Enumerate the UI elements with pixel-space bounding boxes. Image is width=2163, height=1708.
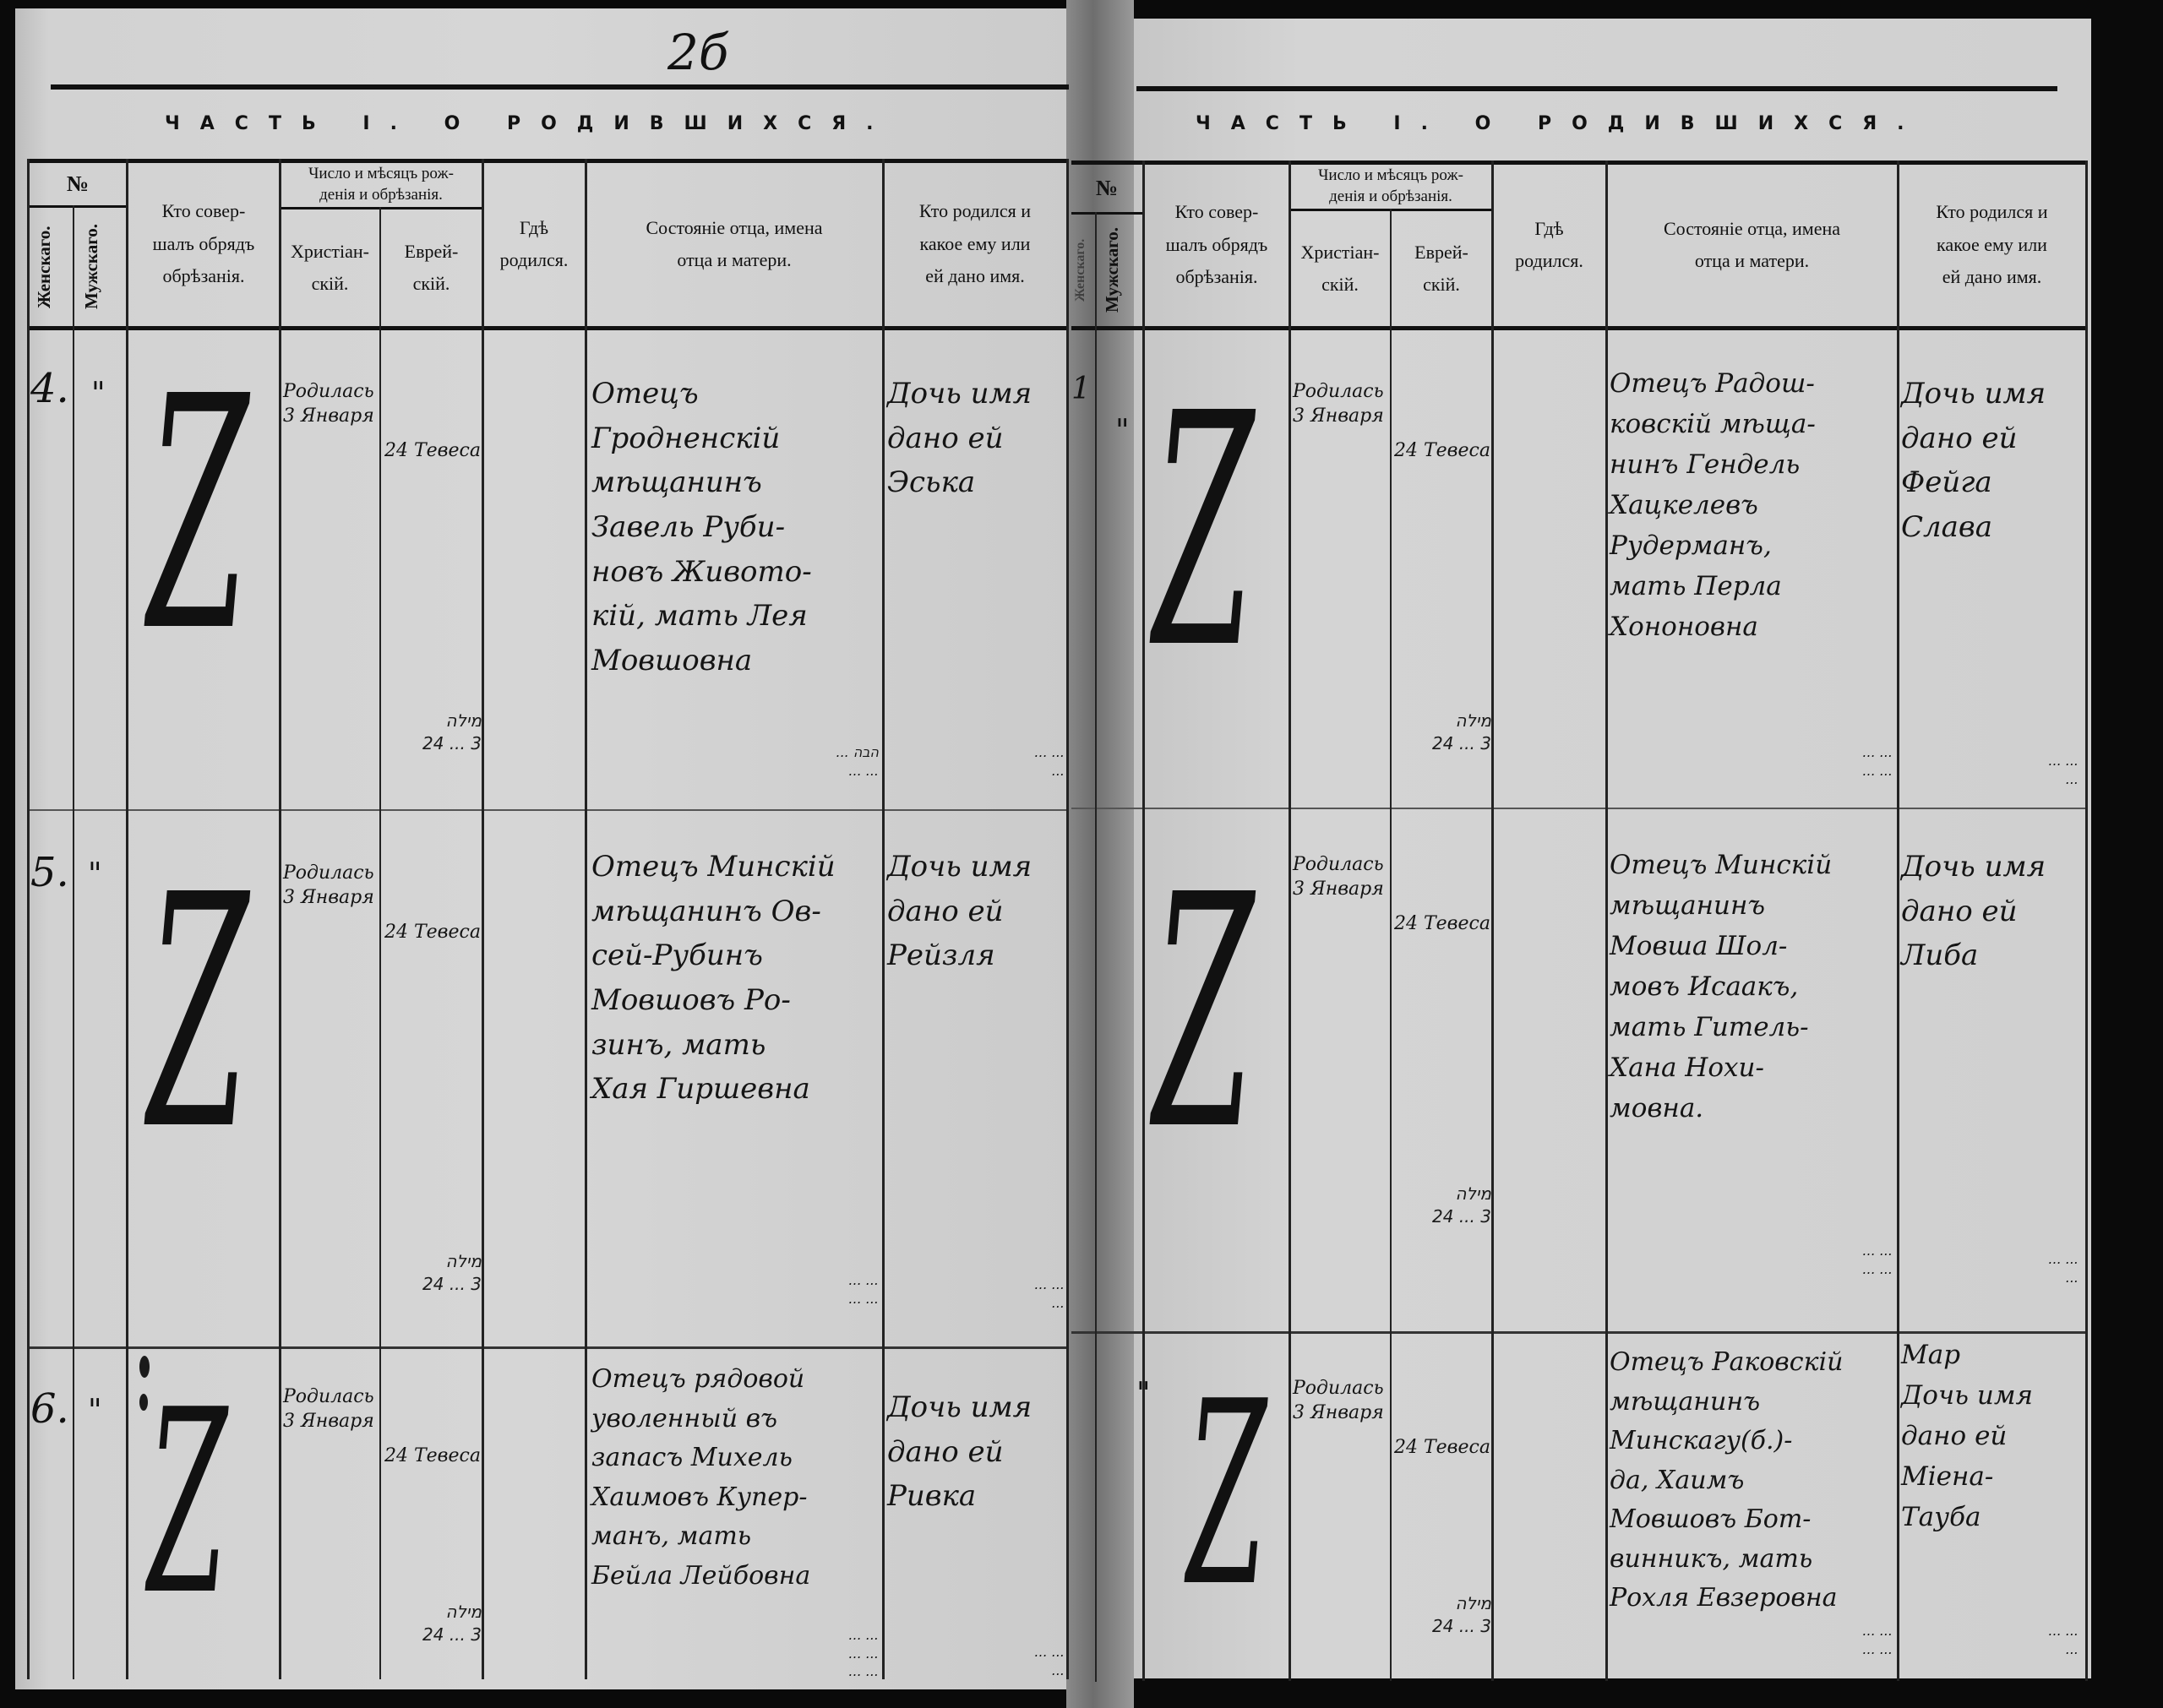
right-male-header: Мужскаго. [1102,218,1137,323]
left-performer-header: Кто совер- шалъ обрядъ обрѣзанія. [128,164,279,324]
female-number: 5. [30,849,69,896]
left-christian-header: Христіан- скій. [281,211,379,324]
hebrew-father-note: ... ... ... ... [591,1271,879,1308]
performer-z-mark: Z [1187,1368,1267,1622]
right-row-divider-2 [1071,1331,2085,1334]
hebrew-father-note: הבה ... ... ... [591,743,879,780]
left-male-header: Мужскаго. [81,211,117,323]
hebrew-child-note: ... ... ... [887,1276,1065,1312]
hebrew-circumcision-note: מילה 3 ... 24 [1293,1183,1491,1228]
female-number: 1 [1071,372,1091,406]
hebrew-child-note: ... ... ... [887,1643,1065,1679]
jewish-date: 24 Тевеса [384,1444,484,1469]
left-col-line [27,159,30,1679]
hebrew-child-note: ... ... ... [1901,1250,2079,1286]
hebrew-father-note: ... ... ... ... ... ... [591,1626,879,1681]
child-info: Дочь имя дано ей Рейзля [887,845,1069,978]
father-info: Отецъ Раковскій мѣщанинъ Минскагу(б.)- д… [1610,1343,1897,1618]
christian-date: Родилась 3 Января [1293,380,1491,428]
ink-blot [139,1394,148,1411]
jewish-date: 24 Тевеса [384,439,484,464]
right-col-line [1289,160,1291,1681]
christian-date: Родилась 3 Января [283,1385,482,1433]
folio-number: 2б [667,24,728,81]
christian-date: Родилась 3 Января [1293,853,1491,901]
jewish-date: 24 Тевеса [384,921,484,945]
right-col-line [1897,160,1899,1681]
right-col-line [1390,209,1392,1681]
left-place-header: Гдѣ родился. [483,164,585,324]
christian-date: Родилась 3 Января [283,862,482,910]
male-ditto: " [91,377,106,411]
hebrew-child-note: ... ... ... [1901,1622,2079,1658]
right-number-header: № [1071,166,1142,211]
father-info: Отецъ рядовой уволенный въ запасъ Михель… [591,1360,883,1596]
right-header-top-rule [1071,160,2085,165]
right-date-group-header: Число и мѣсяцъ рож- денія и обрѣзанія. [1290,166,1491,208]
left-col-line [73,205,74,1679]
left-father-header: Состояніе отца, имена отца и матери. [586,164,882,324]
right-christian-header: Христіан- скій. [1290,213,1390,324]
right-col-line [1095,212,1097,1682]
hebrew-circumcision-note: מילה 3 ... 24 [283,710,482,755]
hebrew-circumcision-note: מילה 3 ... 24 [1293,710,1491,755]
right-place-header: Гдѣ родился. [1493,166,1605,324]
jewish-date: 24 Тевеса [1394,1436,1494,1461]
performer-z-mark: Z [1153,372,1254,693]
right-jewish-header: Еврей- скій. [1392,213,1491,324]
male-ditto: " [1115,414,1130,449]
jewish-date: 24 Тевеса [1394,912,1494,937]
right-row-divider-1 [1071,808,2085,809]
male-ditto: " [88,857,102,892]
child-info: Дочь имя дано ей Либа [1901,845,2083,978]
left-jewish-header: Еврей- скій. [381,211,482,324]
right-performer-header: Кто совер- шалъ обрядъ обрѣзанія. [1145,166,1289,324]
right-child-header: Кто родился и какое ему или ей дано имя. [1899,166,2085,324]
hebrew-father-note: ... ... ... ... [1610,1242,1893,1278]
right-number-split-rule [1071,212,1143,215]
right-top-rule [1136,86,2057,91]
female-number: 6. [30,1385,69,1433]
father-info: Отецъ Гродненскій мѣщанинъ Завель Руби- … [591,372,883,683]
male-ditto: " [88,1394,102,1428]
christian-date: Родилась 3 Января [1293,1377,1491,1425]
male-ditto: " [1136,1377,1151,1412]
right-col-line [1605,160,1608,1681]
performer-z-mark: Z [148,853,248,1174]
performer-z-mark: Z [148,355,248,676]
performer-z-mark: Z [148,1377,227,1630]
left-col-line [126,159,128,1679]
right-female-header: Женскаго. [1073,218,1093,323]
father-info: Отецъ Минскій мѣщанинъ Ов- сей-Рубинъ Мо… [591,845,883,1112]
right-header-bottom-rule [1071,326,2085,330]
left-col-line [279,159,281,1679]
left-number-split-rule [29,205,127,208]
right-father-header: Состояніе отца, имена отца и матери. [1607,166,1897,324]
christian-date: Родилась 3 Января [283,380,482,428]
female-number: 4. [30,365,69,412]
child-info: Мар Дочь имя дано ей Міена- Тауба [1901,1335,2083,1537]
left-header-top-rule [29,159,1069,163]
left-female-header: Женскаго. [34,211,69,323]
performer-z-mark: Z [1153,853,1254,1174]
hebrew-father-note: ... ... ... ... [1610,743,1893,780]
child-info: Дочь имя дано ей Ривка [887,1385,1069,1519]
hebrew-child-note: ... ... ... [887,743,1065,780]
right-col-line [1142,160,1145,1681]
hebrew-circumcision-note: מילה 3 ... 24 [283,1250,482,1296]
child-info: Дочь имя дано ей Фейга Слава [1901,372,2083,550]
right-section-title: ЧАСТЬ I. О РОДИВШИХСЯ. [1196,113,1925,134]
hebrew-child-note: ... ... ... [1901,752,2079,788]
left-row-divider-2 [29,1346,1069,1349]
hebrew-father-note: ... ... ... ... [1610,1622,1893,1658]
left-number-header: № [29,164,127,204]
left-child-header: Кто родился и какое ему или ей дано имя. [884,164,1066,324]
left-date-group-header: Число и мѣсяцъ рож- денія и обрѣзанія. [281,164,482,206]
left-col-line [585,159,587,1679]
right-col-line [2085,160,2088,1681]
left-top-rule [51,84,1069,90]
hebrew-circumcision-note: מילה 3 ... 24 [1293,1592,1491,1638]
hebrew-circumcision-note: מילה 3 ... 24 [283,1601,482,1646]
father-info: Отецъ Минскій мѣщанинъ Мовша Шол- мовъ И… [1610,845,1897,1129]
left-row-divider-1 [29,809,1069,811]
left-section-title: ЧАСТЬ I. О РОДИВШИХСЯ. [165,113,894,134]
jewish-date: 24 Тевеса [1394,439,1494,464]
child-info: Дочь имя дано ей Эська [887,372,1069,505]
father-info: Отецъ Радош- ковскій мѣща- нинъ Гендель … [1610,363,1897,647]
